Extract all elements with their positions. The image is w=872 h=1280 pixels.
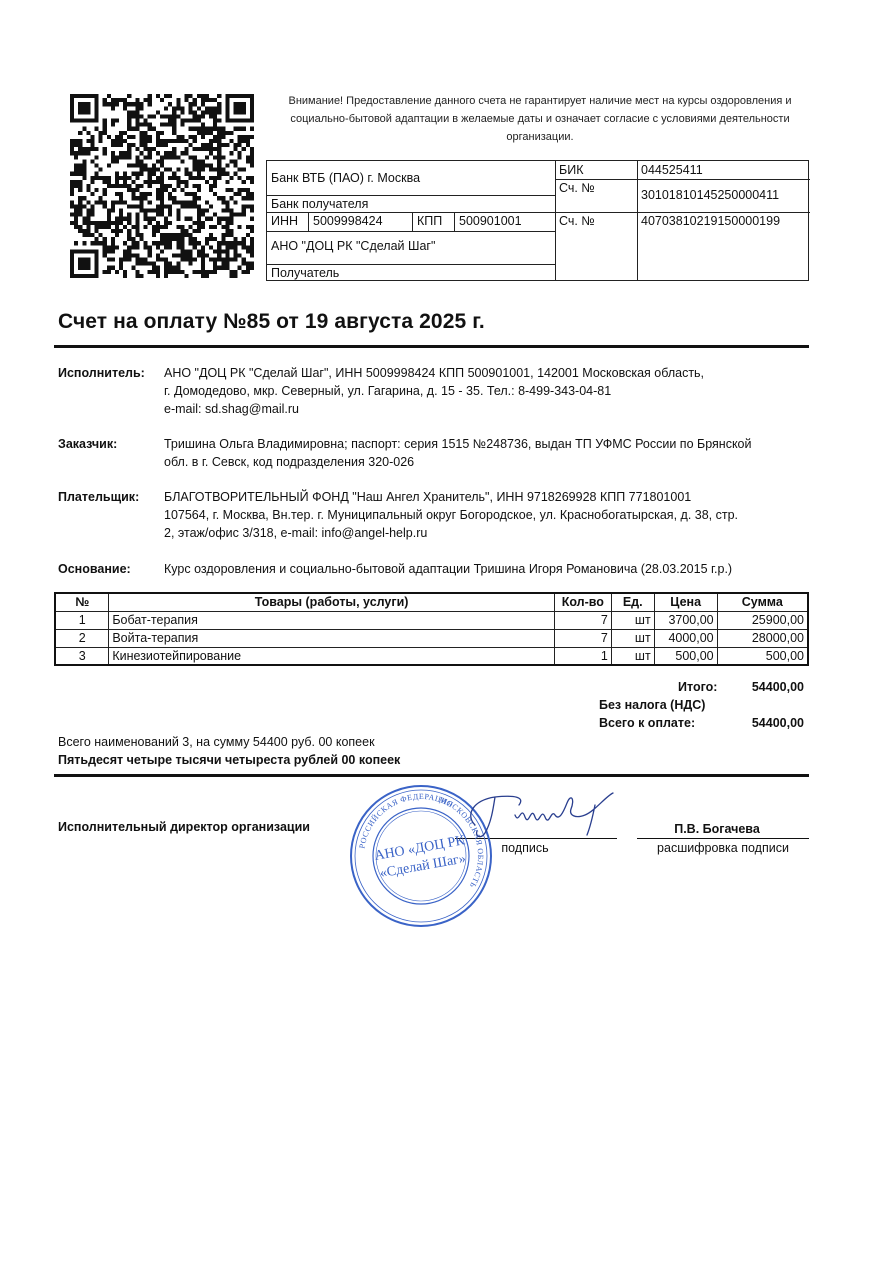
- bank-label: Банк получателя: [267, 197, 368, 211]
- vat-label: Без налога (НДС): [599, 698, 705, 712]
- items-table: № Товары (работы, услуги) Кол-во Ед. Цен…: [54, 592, 809, 666]
- executor-label: Исполнитель:: [58, 364, 145, 382]
- row-price: 500,00: [654, 647, 717, 665]
- executor-line: г. Домодедово, мкр. Северный, ул. Гагари…: [164, 382, 814, 400]
- row-number: 2: [55, 629, 109, 647]
- due-label: Всего к оплате:: [599, 716, 695, 730]
- amount-in-words: Пятьдесят четыре тысячи четыреста рублей…: [58, 751, 400, 769]
- table-row: 2 Войта-терапия 7 шт 4000,00 28000,00: [55, 629, 808, 647]
- col-header-unit: Ед.: [611, 593, 654, 611]
- row-sum: 28000,00: [717, 629, 808, 647]
- inn-label: ИНН: [267, 214, 298, 228]
- table-header-row: № Товары (работы, услуги) Кол-во Ед. Цен…: [55, 593, 808, 611]
- notice-line: организации.: [272, 128, 808, 146]
- account-value: 40703810219150000199: [637, 214, 780, 228]
- kpp-label: КПП: [413, 214, 442, 228]
- invoice-title: Счет на оплату №85 от 19 августа 2025 г.: [58, 310, 485, 334]
- row-qty: 7: [554, 629, 611, 647]
- summary-block: Всего наименований 3, на сумму 54400 руб…: [58, 733, 400, 769]
- name-line: [637, 838, 809, 839]
- bank-name: Банк ВТБ (ПАО) г. Москва: [267, 171, 420, 185]
- customer-label: Заказчик:: [58, 435, 117, 453]
- due-value: 54400,00: [752, 716, 804, 730]
- notice-line: социально-бытовой адаптации в желаемые д…: [272, 110, 808, 128]
- total-value: 54400,00: [752, 680, 804, 694]
- kpp-value: 500901001: [455, 214, 522, 228]
- summary-divider: [54, 774, 809, 777]
- basis-label: Основание:: [58, 560, 131, 578]
- bik-value: 044525411: [637, 163, 703, 177]
- payer-label: Плательщик:: [58, 488, 139, 506]
- row-sum: 500,00: [717, 647, 808, 665]
- items-count-line: Всего наименований 3, на сумму 54400 руб…: [58, 733, 400, 751]
- total-label: Итого:: [678, 680, 717, 694]
- handwritten-signature-icon: [455, 785, 625, 845]
- table-row: 3 Кинезиотейпирование 1 шт 500,00 500,00: [55, 647, 808, 665]
- row-number: 1: [55, 611, 109, 629]
- bik-label: БИК: [555, 163, 583, 177]
- table-row: 1 Бобат-терапия 7 шт 3700,00 25900,00: [55, 611, 808, 629]
- col-header-qty: Кол-во: [554, 593, 611, 611]
- executor-line: АНО "ДОЦ РК "Сделай Шаг", ИНН 5009998424…: [164, 364, 814, 382]
- totals-block: Итого: 54400,00 Без налога (НДС) Всего к…: [580, 680, 810, 734]
- row-price: 4000,00: [654, 629, 717, 647]
- basis-line: Курс оздоровления и социально-бытовой ад…: [164, 560, 814, 578]
- payer-line: 107564, г. Москва, Вн.тер. г. Муниципаль…: [164, 506, 814, 524]
- executor-line: e-mail: sd.shag@mail.ru: [164, 400, 814, 418]
- col-header-sum: Сумма: [717, 593, 808, 611]
- row-unit: шт: [611, 611, 654, 629]
- row-price: 3700,00: [654, 611, 717, 629]
- row-item: Кинезиотейпирование: [109, 647, 555, 665]
- row-qty: 1: [554, 647, 611, 665]
- bank-details-box: Банк ВТБ (ПАО) г. Москва Банк получателя…: [266, 160, 809, 281]
- payer-line: 2, этаж/офис 3/318, e-mail: info@angel-h…: [164, 524, 814, 542]
- payment-notice: Внимание! Предоставление данного счета н…: [272, 92, 808, 146]
- row-item: Бобат-терапия: [109, 611, 555, 629]
- col-header-number: №: [55, 593, 109, 611]
- customer-line: Тришина Ольга Владимировна; паспорт: сер…: [164, 435, 814, 453]
- col-header-goods: Товары (работы, услуги): [109, 593, 555, 611]
- row-qty: 7: [554, 611, 611, 629]
- recipient-label: Получатель: [267, 266, 339, 280]
- title-divider: [54, 345, 809, 348]
- signer-position: Исполнительный директор организации: [58, 820, 310, 834]
- row-item: Войта-терапия: [109, 629, 555, 647]
- name-caption: расшифровка подписи: [637, 841, 809, 855]
- corr-account-label: Сч. №: [555, 181, 595, 195]
- signer-name: П.В. Богачева: [637, 822, 797, 836]
- account-label: Сч. №: [555, 214, 595, 228]
- row-number: 3: [55, 647, 109, 665]
- corr-account-value: 30101810145250000411: [637, 188, 779, 202]
- recipient-name: АНО "ДОЦ РК "Сделай Шаг": [267, 239, 435, 253]
- inn-value: 5009998424: [309, 214, 383, 228]
- customer-line: обл. в г. Севск, код подразделения 320-0…: [164, 453, 814, 471]
- col-header-price: Цена: [654, 593, 717, 611]
- qr-code-icon: [68, 94, 256, 278]
- payer-line: БЛАГОТВОРИТЕЛЬНЫЙ ФОНД "Наш Ангел Хранит…: [164, 488, 814, 506]
- row-unit: шт: [611, 647, 654, 665]
- row-unit: шт: [611, 629, 654, 647]
- notice-line: Внимание! Предоставление данного счета н…: [272, 92, 808, 110]
- row-sum: 25900,00: [717, 611, 808, 629]
